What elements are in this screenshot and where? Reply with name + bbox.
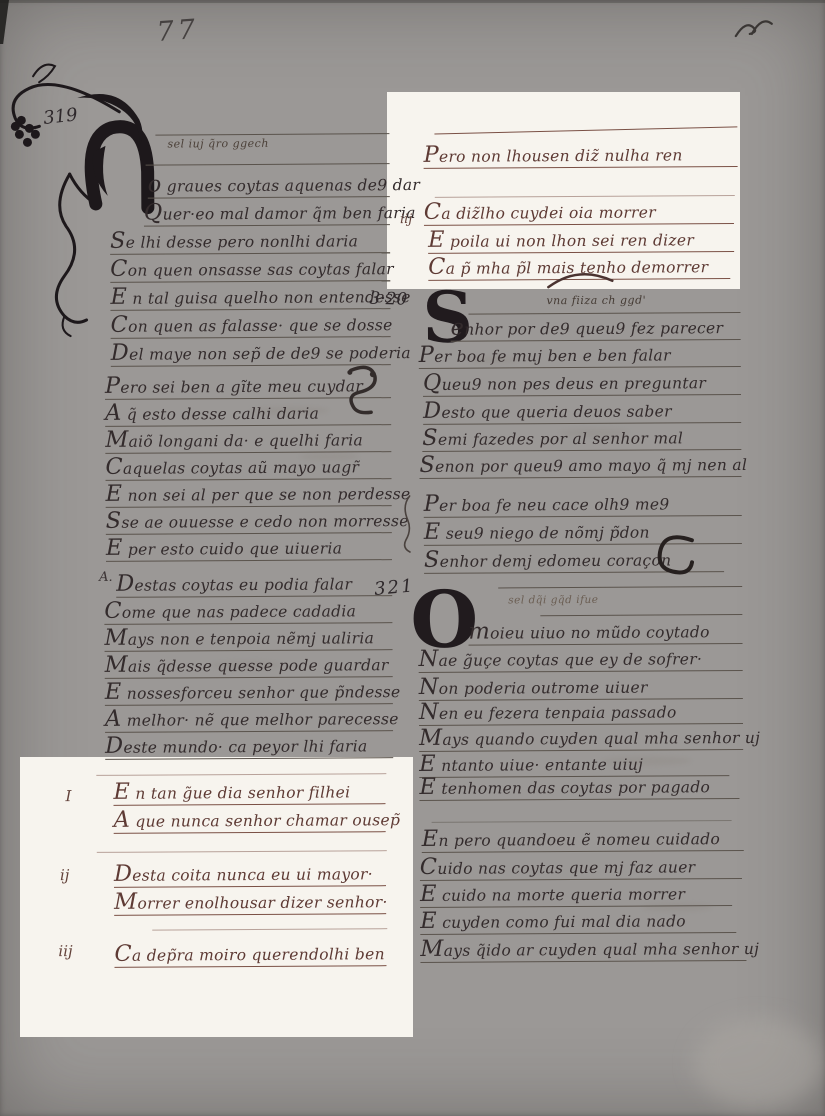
manuscript-photo: 77 319 A sel iuj q̃ro gge <box>0 0 825 1116</box>
verse-line: Quer·eo mal damor q̃m ben faria <box>144 196 390 227</box>
verse-line: E non sei al per que se non perdesse <box>106 477 392 508</box>
paraph-curl-flourish <box>654 532 698 578</box>
verse-line: En pero quandoeu ẽ nomeu cuidado <box>422 822 744 853</box>
verse-line: enhor por de9 queu9 fez parecer <box>451 311 741 342</box>
stanza-roman-numeral: iij <box>58 942 72 960</box>
ruled-line <box>97 850 387 853</box>
verse-line: Per boa fe neu cace olh9 me9 <box>424 487 742 518</box>
verse-line: A melhor· nẽ que melhor parecesse <box>105 702 393 733</box>
manuscript-content: 77 319 A sel iuj q̃ro gge <box>0 0 825 1116</box>
folio-number: 77 <box>156 14 201 48</box>
verse-line: E poila ui non lhon sei ren dizer <box>428 223 734 254</box>
verse-line: Maiõ longani da· e quelhi faria <box>105 423 391 454</box>
ruled-line <box>152 928 387 930</box>
stanza-roman-numeral: ij <box>60 866 70 884</box>
verse-line: Desta coita nunca eu ui mayor· <box>114 857 386 888</box>
verse-line: Queu9 non pes deus en preguntar <box>423 366 741 397</box>
verse-line: Morrer enolhousar dizer senhor· <box>114 885 386 916</box>
verse-line: E per esto cuido que uiueria <box>106 531 392 562</box>
verse-line: Se lhi desse pero nonlhi daria <box>110 224 390 255</box>
ruled-line <box>498 586 742 588</box>
verse-line: Con quen as falasse· que se dosse <box>110 308 390 339</box>
attribution-rubric: vna fiiza ch ggd' <box>546 294 646 308</box>
attribution-rubric: sel iuj q̃ro ggech <box>167 137 269 151</box>
paper-crease <box>693 1018 824 1109</box>
verse-line: Mays non e tenpoia nẽmj ualiria <box>104 621 392 652</box>
verse-line: Ca diz̃lho cuydei oia morrer <box>424 195 734 226</box>
verse-line: Sse ae ouuesse e cedo non morresse <box>106 504 392 535</box>
photo-edge-strip <box>0 0 825 3</box>
verse-line: Mais q̃desse quesse pode guardar <box>105 648 393 679</box>
verse-line: Per boa fe muj ben e ben falar <box>419 338 741 369</box>
verse-line: moieu uiuo no mũdo coytado <box>468 615 742 646</box>
ruled-line <box>146 163 390 165</box>
paraph-2-flourish <box>337 362 385 426</box>
verse-line: Deste mundo· ca peyor lhi faria <box>105 729 393 760</box>
margin-brace-flourish <box>400 494 416 556</box>
attribution-rubric: sel dq̃i gq̃d ifue <box>508 594 598 607</box>
stanza-roman-numeral: iij <box>400 212 412 227</box>
verse-line: Ca dep̃ra moiro querendolhi ben <box>114 937 386 968</box>
cantiga-number: 321 <box>373 575 415 600</box>
verse-line: Nae g̃uçe coytas que ey de sofrer· <box>419 642 743 673</box>
verse-line: E cuido na morte queria morrer <box>420 877 732 908</box>
initial-top-stroke <box>546 271 616 291</box>
verse-line: E tenhomen das coytas por pagado <box>419 770 739 801</box>
ruled-line <box>155 133 389 135</box>
ruled-line <box>434 126 737 134</box>
verse-line: Senon por queu9 amo mayo q̃ mj nen al <box>419 448 741 479</box>
verse-line: Come que nas padece cadadia <box>104 594 392 625</box>
corner-flourish-icon <box>732 10 780 44</box>
verse-line: Destas coytas eu podia falar <box>116 567 392 598</box>
verse-line: Mays q̃ido ar cuyden qual mha senhor uj <box>420 932 746 963</box>
verse-line: Pero non lhousen diz̃ nulha ren <box>423 138 737 169</box>
verse-line: Caquelas coytas aũ mayo uagr̃ <box>105 450 391 481</box>
cantiga-number: 3·20 <box>369 289 407 310</box>
verse-line: E n tal guisa quelho non entendesse <box>110 280 390 311</box>
verse-line: o graues coytas aquenas de9 dar <box>148 168 390 198</box>
stanza-mark: A. <box>99 570 113 585</box>
verse-line: A que nunca senhor chamar ousep̃ <box>114 803 386 834</box>
verse-line: E cuyden como fui mal dia nado <box>420 904 736 935</box>
verse-line: E n tan g̃ue dia senhor filhei <box>113 775 385 806</box>
verse-line: Con quen onsasse sas coytas falar <box>110 252 390 283</box>
verse-line: E nossesforceu senhor que p̃ndesse <box>105 675 393 706</box>
stanza-roman-numeral: I <box>65 787 71 805</box>
